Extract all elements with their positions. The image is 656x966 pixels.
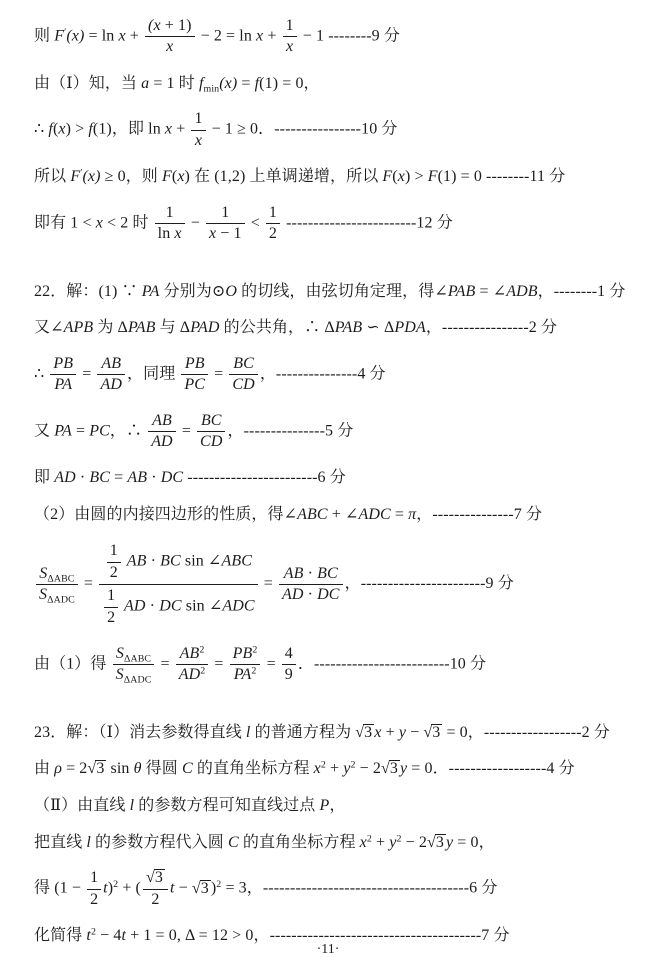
math-variable: AD: [179, 666, 201, 683]
superscript: 2: [251, 666, 256, 677]
text-run: 则: [34, 28, 54, 45]
text-run: 的直角坐标方程: [239, 834, 360, 851]
sqrt-radical: √3: [146, 869, 165, 886]
text-run: ，----------------2 分: [426, 319, 557, 336]
text-run: = 3，------------------------------------…: [221, 880, 497, 897]
line-23-score6: 得 (1 − 12t)2 + (√32t − √3)2 = 3，--------…: [34, 868, 630, 910]
math-variable: BC: [317, 565, 338, 582]
math-variable: PDA: [394, 319, 425, 336]
text-run: 由（1）得: [34, 656, 111, 673]
math-variable: x: [58, 121, 65, 138]
math-variable: S: [116, 645, 124, 662]
text-run: = ∠: [475, 283, 506, 300]
fraction: SΔABCSΔADC: [36, 565, 78, 605]
math-variable: ADC: [222, 598, 254, 615]
text-run: 3: [201, 880, 209, 897]
document-page: 则 F′(x) = ln x + (x + 1)x − 2 = ln x + 1…: [0, 0, 656, 966]
math-variable: PA: [54, 422, 72, 439]
text-run: + (: [118, 880, 141, 897]
text-run: −: [406, 724, 423, 741]
text-run: = 0，------------------2 分: [442, 724, 610, 741]
line-22-score2: 又∠APB 为 ΔPAB 与 ΔPAD 的公共角，∴ ΔPAB ∽ ΔPDA，-…: [34, 317, 630, 339]
text-run: 的直角坐标方程: [193, 760, 314, 777]
line-22-score10: 由（1）得 SΔABCSΔADC = AB2AD2 = PB2PA2 = 49．…: [34, 644, 630, 686]
text-run: ∴: [34, 121, 48, 138]
math-variable: F: [70, 168, 80, 185]
text-run: 3: [390, 760, 398, 777]
math-variable: PC: [89, 422, 110, 439]
text-run: ∴: [34, 365, 48, 382]
fraction: 1x: [191, 110, 205, 150]
text-run: − 2: [356, 760, 381, 777]
text-run: =: [156, 656, 173, 673]
text-run: =: [80, 575, 97, 592]
text-run: =: [237, 75, 254, 92]
text-run: 1: [286, 17, 294, 34]
line-22-score9: SΔABCSΔADC = 12 AB · BC sin ∠ABC12 AD · …: [34, 540, 630, 629]
text-run: =: [210, 656, 227, 673]
math-variable: PB: [233, 645, 253, 662]
superscript: 2: [200, 666, 205, 677]
text-run: ，∴: [110, 422, 146, 439]
fraction: 1x − 1: [206, 204, 245, 244]
problem-21-end: 则 F′(x) = ln x + (x + 1)x − 2 = ln x + 1…: [34, 16, 630, 245]
math-variable: x: [398, 168, 405, 185]
fraction: PB2PA2: [230, 645, 261, 685]
text-run: 3: [432, 724, 440, 741]
sqrt-radical: √3: [355, 724, 374, 741]
line-23-score4: 由 ρ = 2√3 sin θ 得圆 C 的直角坐标方程 x2 + y2 − 2…: [34, 758, 630, 780]
text-run: + 1): [161, 17, 192, 34]
sqrt-radical: √3: [423, 724, 442, 741]
text-run: 2: [110, 564, 118, 581]
math-variable: BC: [233, 355, 254, 372]
math-variable: x: [195, 132, 202, 149]
text-run: 2: [151, 891, 159, 908]
fraction: PBPA: [50, 355, 76, 395]
text-run: 为 Δ: [93, 319, 128, 336]
text-run: ·: [76, 469, 90, 486]
fraction: 12 AB · BC sin ∠ABC12 AD · DC sin ∠ADC: [99, 541, 258, 628]
text-run: ·: [304, 565, 318, 582]
fraction: (x + 1)x: [145, 17, 195, 57]
math-variable: AB: [101, 355, 121, 372]
text-run: 由: [34, 760, 54, 777]
text-run: ，--------1 分: [538, 283, 626, 300]
fraction: AB2AD2: [176, 645, 209, 685]
math-variable: (x: [148, 17, 161, 34]
math-variable: AD: [100, 376, 122, 393]
text-run: − 1 --------9 分: [299, 28, 400, 45]
text-run: sin ∠: [182, 598, 223, 615]
text-run: 2: [107, 609, 115, 626]
line-22-score1: 22．解：(1) ∵ PA 分别为⊙O 的切线，由弦切角定理，得∠PAB = ∠…: [34, 281, 630, 303]
math-variable: APB: [64, 319, 94, 336]
math-variable: C: [182, 760, 193, 777]
math-variable: S: [116, 666, 124, 683]
math-variable: PA: [234, 666, 252, 683]
math-variable: F: [382, 168, 392, 185]
text-run: ·: [146, 598, 160, 615]
math-variable: AB: [180, 645, 200, 662]
math-variable: F: [162, 168, 172, 185]
line-22-score7: （2）由圆的内接四边形的性质，得∠ABC + ∠ADC = π，--------…: [34, 504, 630, 526]
math-variable: F: [428, 168, 438, 185]
math-variable: AD: [120, 598, 145, 615]
text-run: = 0，: [453, 834, 495, 851]
math-variable: PAB: [128, 319, 156, 336]
text-run: 的参数方程可知直线过点: [134, 797, 319, 814]
text-run: − 1 ≥ 0．----------------10 分: [208, 121, 398, 138]
subscript: ΔADC: [47, 595, 75, 606]
text-run: 2: [90, 891, 98, 908]
text-run: 即: [34, 469, 54, 486]
text-run: 又∠: [34, 319, 64, 336]
math-variable: S: [39, 586, 47, 603]
text-run: 得圆: [142, 760, 182, 777]
text-run: = 1 时: [149, 75, 199, 92]
text-run: −: [175, 880, 192, 897]
math-variable: (x): [66, 28, 84, 45]
line-22-score4: ∴ PBPA = ABAD，同理 PBPC = BCCD，-----------…: [34, 354, 630, 396]
text-run: 23．解：（Ⅰ）消去参数得直线: [34, 724, 246, 741]
math-variable: F: [54, 28, 64, 45]
fraction: SΔABCSΔADC: [113, 645, 155, 685]
math-variable: AD: [282, 586, 304, 603]
text-run: 1: [90, 869, 98, 886]
math-variable: DC: [161, 469, 183, 486]
text-run: +: [126, 28, 143, 45]
fraction: PBPC: [181, 355, 208, 395]
math-variable: x: [96, 214, 103, 231]
math-variable: ABC: [297, 506, 328, 523]
math-variable: AB: [127, 469, 147, 486]
text-run: =: [110, 469, 127, 486]
page-number: ·11·: [0, 942, 656, 958]
text-run: 即有 1 <: [34, 214, 96, 231]
text-run: +: [372, 834, 389, 851]
text-run: sin ∠: [181, 553, 222, 570]
text-run: ，---------------7 分: [416, 506, 542, 523]
math-variable: AB: [152, 412, 172, 429]
text-run: 1: [166, 204, 174, 221]
text-run: 3: [96, 760, 104, 777]
text-run: +: [381, 724, 398, 741]
text-run: (1) = 0，: [259, 75, 319, 92]
fraction: BCCD: [197, 412, 225, 452]
math-variable: P: [319, 797, 329, 814]
fraction: 49: [282, 645, 296, 685]
text-run: 把直线: [34, 834, 86, 851]
text-run: − 2 = ln: [197, 28, 257, 45]
text-run: ·: [304, 586, 318, 603]
subscript: min: [204, 83, 220, 94]
math-variable: BC: [89, 469, 110, 486]
text-run: 2: [269, 225, 277, 242]
fraction: 12: [104, 587, 118, 627]
line-score12: 即有 1 < x < 2 时 1ln x − 1x − 1 < 12 -----…: [34, 203, 630, 245]
text-run: −: [187, 214, 204, 231]
math-variable: ADC: [358, 506, 390, 523]
text-run: =: [178, 422, 195, 439]
math-variable: (x): [219, 75, 237, 92]
text-run: sin: [106, 760, 133, 777]
math-variable: x: [177, 168, 184, 185]
subscript: ΔABC: [124, 654, 151, 665]
line-fmin: 由（Ⅰ）知，当 a = 1 时 fmin(x) = f(1) = 0，: [34, 73, 630, 95]
line-23-substitute: 把直线 l 的参数方程代入圆 C 的直角坐标方程 x2 + y2 − 2√3y …: [34, 832, 630, 854]
math-variable: AB: [123, 553, 147, 570]
text-run: 与 Δ: [156, 319, 191, 336]
math-variable: (x): [82, 168, 100, 185]
text-run: 分别为⊙: [159, 283, 225, 300]
sqrt-radical: √3: [427, 834, 446, 851]
text-run: 得 (1 −: [34, 880, 85, 897]
text-run: + ∠: [328, 506, 359, 523]
text-run: （2）由圆的内接四边形的性质，得∠: [34, 506, 297, 523]
math-variable: θ: [134, 760, 142, 777]
text-run: 1: [194, 110, 202, 127]
math-variable: PB: [53, 355, 73, 372]
text-run: =: [262, 656, 279, 673]
fraction: 12: [266, 204, 280, 244]
math-variable: CD: [232, 376, 254, 393]
math-variable: CD: [200, 433, 222, 450]
math-variable: PC: [184, 376, 205, 393]
line-23-score2: 23．解：（Ⅰ）消去参数得直线 l 的普通方程为 √3x + y − √3 = …: [34, 722, 630, 744]
text-run: ·: [147, 469, 161, 486]
math-variable: BC: [160, 553, 181, 570]
math-variable: PA: [142, 283, 160, 300]
math-variable: x: [166, 38, 173, 55]
text-run: ·: [146, 553, 160, 570]
sqrt-radical: √3: [192, 880, 211, 897]
text-run: 的参数方程代入圆: [91, 834, 228, 851]
text-run: 4: [285, 645, 293, 662]
text-run: ------------------------12 分: [282, 214, 453, 231]
text-run: ∽ Δ: [362, 319, 394, 336]
text-run: 的公共角，∴ Δ: [220, 319, 335, 336]
text-run: < 2 时: [103, 214, 153, 231]
line-score10: ∴ f(x) > f(1)，即 ln x + 1x − 1 ≥ 0．------…: [34, 109, 630, 151]
superscript: 2: [252, 644, 257, 655]
text-run: 3: [364, 724, 372, 741]
math-variable: PA: [54, 376, 72, 393]
math-variable: ADB: [506, 283, 537, 300]
text-run: =: [72, 422, 89, 439]
text-run: ln: [158, 225, 175, 242]
math-variable: ρ: [54, 760, 62, 777]
fraction: 1ln x: [155, 204, 185, 244]
math-variable: x: [314, 760, 321, 777]
math-variable: AB: [284, 565, 304, 582]
math-variable: x: [360, 834, 367, 851]
text-run: ------------------------6 分: [183, 469, 346, 486]
text-run: 1: [107, 587, 115, 604]
math-variable: ABC: [221, 553, 252, 570]
text-run: (1)，即 ln: [93, 121, 165, 138]
fraction: 1x: [283, 17, 297, 57]
text-run: 3: [155, 869, 163, 886]
text-run: =: [210, 365, 227, 382]
text-run: =: [78, 365, 95, 382]
sqrt-radical: √3: [381, 760, 400, 777]
math-variable: x: [286, 38, 293, 55]
fraction: 12: [87, 869, 101, 909]
text-run: ) >: [405, 168, 428, 185]
fraction: √32: [143, 869, 168, 909]
math-variable: y: [399, 724, 406, 741]
text-run: ，同理: [127, 365, 179, 382]
text-run: +: [326, 760, 343, 777]
math-variable: PAB: [335, 319, 363, 336]
text-run: − 2: [402, 834, 427, 851]
text-run: ，---------------4 分: [260, 365, 386, 382]
text-run: = ln: [84, 28, 118, 45]
math-variable: AD: [151, 433, 173, 450]
text-run: +: [172, 121, 189, 138]
text-run: =: [391, 506, 408, 523]
math-variable: O: [225, 283, 237, 300]
fraction: ABAD: [148, 412, 176, 452]
text-run: 所以: [34, 168, 70, 185]
line-22-score6: 即 AD · BC = AB · DC --------------------…: [34, 467, 630, 489]
text-run: 3: [436, 834, 444, 851]
text-run: (1) = 0 --------11 分: [438, 168, 566, 185]
text-run: 22．解：(1) ∵: [34, 283, 142, 300]
math-variable: x: [174, 225, 181, 242]
text-run: 由（Ⅰ）知，当: [34, 75, 141, 92]
problem-23-solution: 23．解：（Ⅰ）消去参数得直线 l 的普通方程为 √3x + y − √3 = …: [34, 722, 630, 947]
line-fprime-score9: 则 F′(x) = ln x + (x + 1)x − 2 = ln x + 1…: [34, 16, 630, 58]
text-run: ，---------------5 分: [227, 422, 353, 439]
line-22-score5: 又 PA = PC，∴ ABAD = BCCD，---------------5…: [34, 411, 630, 453]
fraction: BCCD: [229, 355, 257, 395]
text-run: ≥ 0，则: [101, 168, 162, 185]
text-run: = 0．------------------4 分: [407, 760, 575, 777]
text-run: 的切线，由弦切角定理，得∠: [237, 283, 448, 300]
text-run: ，-----------------------9 分: [345, 575, 514, 592]
subscript: ΔADC: [124, 675, 152, 686]
math-variable: PAD: [190, 319, 219, 336]
math-variable: DC: [317, 586, 339, 603]
text-run: 又: [34, 422, 54, 439]
text-run: ) 在 (1,2) 上单调递增，所以: [185, 168, 383, 185]
math-variable: C: [228, 834, 239, 851]
text-run: 1: [110, 542, 118, 559]
math-variable: BC: [201, 412, 222, 429]
text-run: +: [263, 28, 280, 45]
text-run: − 1: [216, 225, 241, 242]
text-run: ．-------------------------10 分: [298, 656, 486, 673]
text-run: =: [260, 575, 277, 592]
text-run: = 2: [62, 760, 87, 777]
fraction: AB · BCAD · DC: [279, 565, 343, 605]
text-run: ，: [329, 797, 345, 814]
text-run: 的普通方程为: [250, 724, 355, 741]
math-variable: x: [119, 28, 126, 45]
math-variable: PB: [185, 355, 205, 372]
fraction: ABAD: [97, 355, 125, 395]
math-variable: PAB: [448, 283, 476, 300]
text-run: 1: [269, 204, 277, 221]
text-run: 1: [221, 204, 229, 221]
math-variable: DC: [159, 598, 181, 615]
document-body: 则 F′(x) = ln x + (x + 1)x − 2 = ln x + 1…: [34, 16, 630, 947]
math-variable: AD: [54, 469, 76, 486]
superscript: 2: [199, 644, 204, 655]
text-run: <: [247, 214, 264, 231]
subscript: ΔABC: [47, 573, 74, 584]
text-run: 9: [285, 666, 293, 683]
problem-22-solution: 22．解：(1) ∵ PA 分别为⊙O 的切线，由弦切角定理，得∠PAB = ∠…: [34, 281, 630, 686]
line-23-part2: （Ⅱ）由直线 l 的参数方程可知直线过点 P，: [34, 795, 630, 817]
sqrt-radical: √3: [87, 760, 106, 777]
fraction: 12: [107, 542, 121, 582]
line-score11: 所以 F′(x) ≥ 0，则 F(x) 在 (1,2) 上单调递增，所以 F(x…: [34, 166, 630, 188]
text-run: （Ⅱ）由直线: [34, 797, 130, 814]
text-run: ) >: [66, 121, 89, 138]
